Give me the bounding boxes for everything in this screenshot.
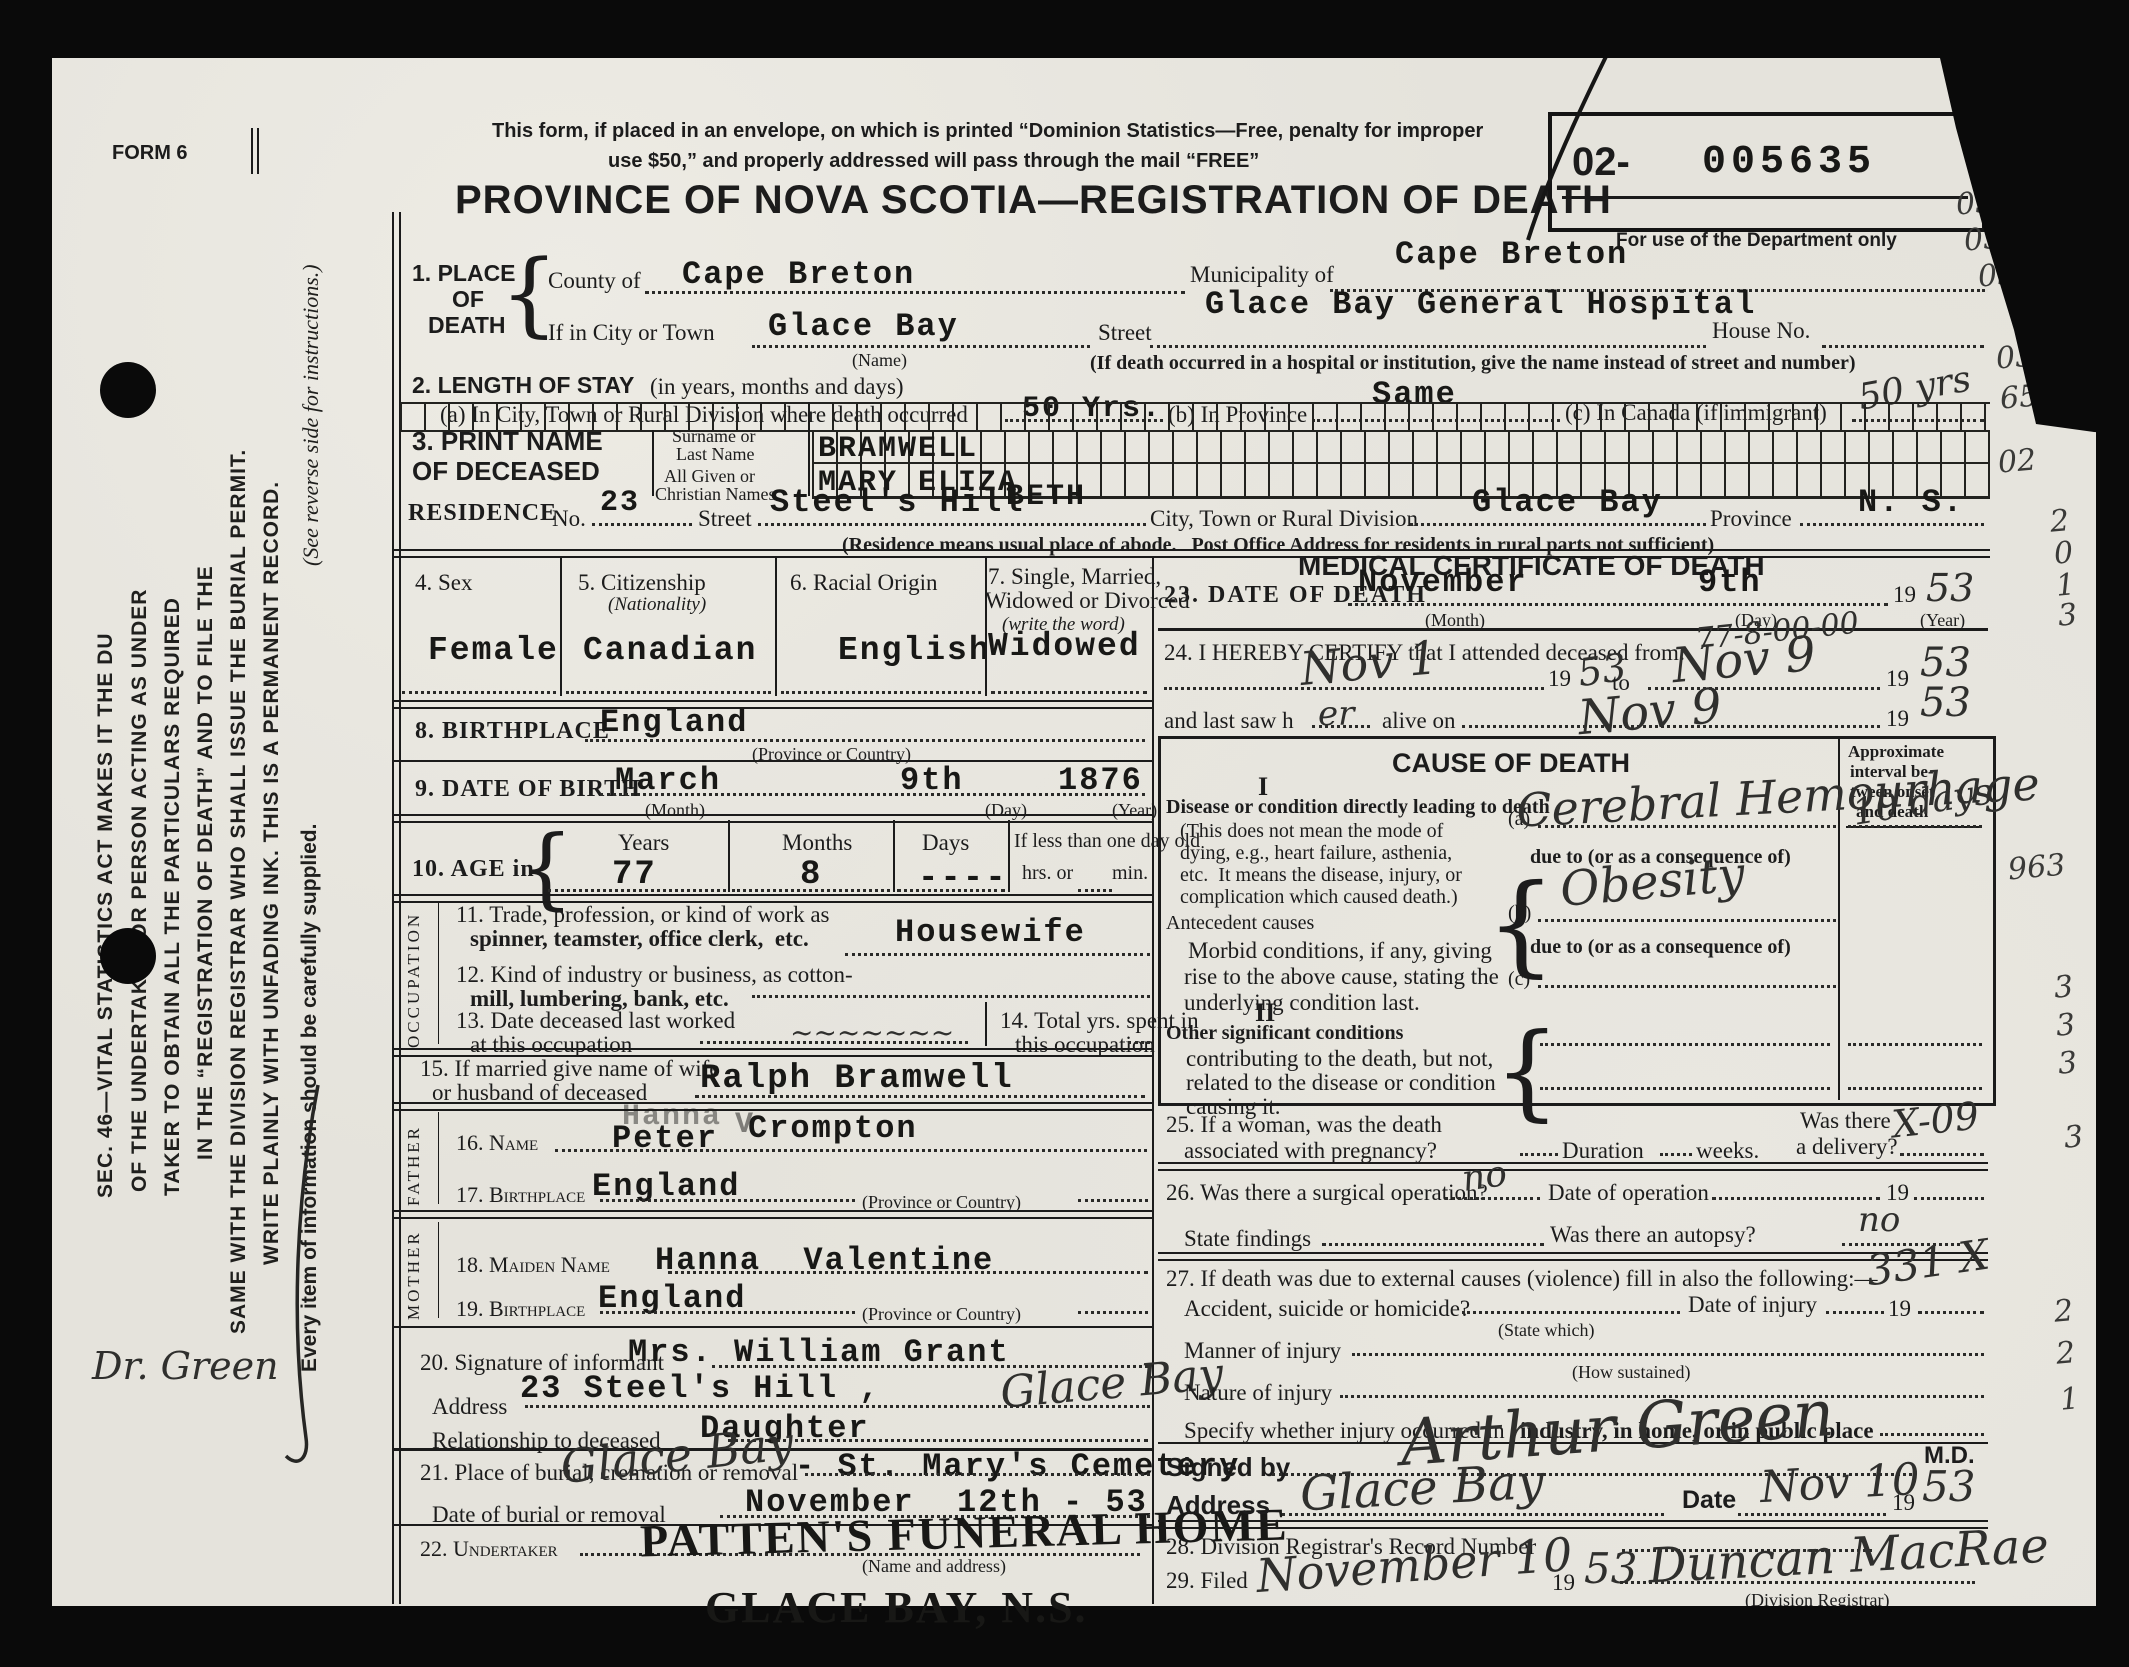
mail-note-line2: use $50,” and properly addressed will pa… <box>608 150 1259 173</box>
street-value: Glace Bay General Hospital <box>1205 286 1756 323</box>
duration-label: Duration <box>1562 1138 1644 1164</box>
surname-value: BRAMWELL <box>818 432 978 466</box>
death-year-handwritten: 53 <box>1926 566 1974 610</box>
page-title: PROVINCE OF NOVA SCOTIA—REGISTRATION OF … <box>455 178 1612 223</box>
other-conditions-label1: Other significant conditions <box>1166 1022 1403 1045</box>
from-year-printed: 19 <box>1548 666 1571 692</box>
s3-heading1: 3. PRINT NAME <box>412 426 603 457</box>
informant-address-value: 23 Steel's Hill , <box>520 1370 880 1407</box>
death-day: 9th <box>1698 564 1762 601</box>
mail-note-line1: This form, if placed in an envelope, on … <box>492 120 1483 143</box>
signed-date-label: Date <box>1682 1486 1736 1515</box>
undertaker-stamp-city: GLACE BAY, N.S. <box>705 1582 1088 1633</box>
father-vertical-label: FATHER <box>404 1110 424 1206</box>
signed-year-printed: 19 <box>1892 1490 1915 1516</box>
cause-dueto2-label: due to (or as a consequence of) <box>1530 936 1791 959</box>
mother-maiden-label: 18. Maiden Name <box>456 1252 610 1278</box>
age-years-label: Years <box>618 830 669 856</box>
cause-disease-note4: complication which caused death.) <box>1180 886 1458 909</box>
other-conditions-label2: contributing to the death, but not, <box>1186 1046 1493 1072</box>
town-label: If in City or Town <box>548 320 715 346</box>
manner-injury-label: Manner of injury <box>1184 1338 1341 1364</box>
town-value: Glace Bay <box>768 308 959 345</box>
s13-scratch: ~~~~~~~ <box>790 1016 954 1049</box>
residence-city-label: City, Town or Rural Division <box>1150 506 1418 532</box>
delivery-label1: Was there <box>1800 1108 1891 1134</box>
margin-note: 02 <box>1997 442 2038 480</box>
antecedent-label4: underlying condition last. <box>1184 990 1420 1016</box>
margin-note: 2 <box>2053 1293 2075 1330</box>
residence-street-value: Steel's Hill <box>770 484 1024 521</box>
residence-street-label: Street <box>698 506 752 532</box>
informant-address-label: Address <box>432 1394 507 1420</box>
cause-disease-note2: dying, e.g., heart failure, asthenia, <box>1180 842 1452 865</box>
cause-disease-note3: etc. It means the disease, injury, or <box>1180 864 1462 887</box>
death-year-printed: 19 <box>1893 582 1916 608</box>
marital-label1: 7. Single, Married, <box>988 564 1161 590</box>
form-number-label: FORM 6 <box>112 142 188 165</box>
stray-mark <box>251 128 253 174</box>
margin-note: 03 <box>1963 220 2004 258</box>
sidebar-line: OF THE UNDERTAKER OR PERSON ACTING AS UN… <box>128 392 152 1192</box>
age-hrs-label: hrs. or <box>1022 862 1073 885</box>
margin-note: 3 <box>2055 1007 2077 1044</box>
age-months-label: Months <box>782 830 852 856</box>
municipality-value: Cape Breton <box>1395 236 1628 273</box>
mother-vertical-label: MOTHER <box>404 1220 424 1320</box>
sidebar-line: IN THE “REGISTRATION OF DEATH” AND TO FI… <box>194 298 218 1160</box>
hole-punch-top <box>100 362 156 418</box>
autopsy-label: Was there an autopsy? <box>1550 1222 1756 1248</box>
margin-note: 1 <box>2059 1381 2081 1418</box>
house-no-label: House No. <box>1712 318 1810 344</box>
margin-note: 65 <box>1999 378 2040 416</box>
age-days-label: Days <box>922 830 969 856</box>
operation-label: 26. Was there a surgical operation? <box>1166 1180 1488 1206</box>
state-findings-label: State findings <box>1184 1226 1311 1252</box>
given-label2: Christian Names <box>655 484 775 505</box>
racial-origin-label: 6. Racial Origin <box>790 570 938 596</box>
citizenship-value: Canadian <box>583 632 757 669</box>
delivery-handwritten: X-09 <box>1890 1094 1981 1147</box>
s2-heading-note: (in years, months and days) <box>650 374 904 400</box>
scan-border-bottom-left <box>0 1606 470 1667</box>
signed-year-handwritten: 53 <box>1922 1462 1975 1511</box>
father-birthplace-label: 17. Birthplace <box>456 1182 585 1208</box>
margin-note: 963 <box>2007 848 2067 888</box>
town-name-note: (Name) <box>852 350 907 371</box>
scan-border-top <box>0 0 2129 58</box>
last-saw-label1: and last saw h <box>1164 708 1294 734</box>
physician-address-label: Address <box>1166 1490 1270 1521</box>
scan-border-bottom-right <box>1520 1606 2129 1667</box>
sidebar-line: Every item of information should be care… <box>298 592 322 1372</box>
cause-of-death-heading: CAUSE OF DEATH <box>1392 748 1630 779</box>
residence-no-value: 23 <box>600 486 640 520</box>
antecedent-label1: Antecedent causes <box>1166 912 1314 935</box>
sidebar-line: SAME WITH THE DIVISION REGISTRAR WHO SHA… <box>227 270 251 1334</box>
s2-heading: 2. LENGTH OF STAY <box>412 372 634 399</box>
father-name-label: 16. Name <box>456 1130 538 1156</box>
s1-death: DEATH <box>428 312 506 339</box>
margin-note: 3 <box>2057 1045 2079 1082</box>
mother-birthplace-note: (Province or Country) <box>862 1304 1021 1325</box>
date-of-birth-label: 9. DATE OF BIRTH <box>415 776 641 803</box>
surname-label2: Last Name <box>676 444 754 465</box>
residence-province-value: N. S. <box>1858 484 1964 521</box>
operation-handwritten: no <box>1459 1153 1509 1200</box>
marital-value: Widowed <box>988 628 1141 665</box>
cause-disease-label: Disease or condition directly leading to… <box>1166 796 1550 819</box>
undertaker-note: (Name and address) <box>862 1556 1006 1577</box>
county-label: County of <box>548 268 641 294</box>
sidebar-line: TAKER TO OBTAIN ALL THE PARTICULARS REQU… <box>161 388 185 1196</box>
sidebar-line: WRITE PLAINLY WITH UNFADING INK. THIS IS… <box>260 270 284 1265</box>
s12-label1: 12. Kind of industry or business, as cot… <box>456 962 853 988</box>
scanned-death-registration: { "glyphs":{"brace":"{"}, "header":{ "fo… <box>0 0 2129 1667</box>
cause-c-label: (c) <box>1508 968 1530 991</box>
sidebar-line: SEC. 46—VITAL STATISTICS ACT MAKES IT TH… <box>94 428 118 1198</box>
municipality-label: Municipality of <box>1190 262 1334 288</box>
date-injury-label: Date of injury <box>1688 1292 1817 1318</box>
sex-label: 4. Sex <box>415 570 473 596</box>
cause-b-label: (b) <box>1508 902 1531 925</box>
registration-number-prefix: 02- <box>1572 140 1630 185</box>
margin-note: 3 <box>2063 1119 2085 1156</box>
how-sustained-note: (How sustained) <box>1572 1362 1690 1383</box>
residence-no-label: No. <box>552 506 586 532</box>
margin-note: 2 <box>2049 503 2071 540</box>
autopsy-handwritten: no <box>1858 1200 1900 1240</box>
antecedent-label2: Morbid conditions, if any, giving <box>1188 938 1492 964</box>
other-conditions-label3: related to the disease or condition <box>1186 1070 1496 1096</box>
delivery-label2: a delivery? <box>1796 1134 1898 1160</box>
hole-punch-bottom <box>100 928 156 984</box>
pregnancy-label1: 25. If a woman, was the death <box>1166 1112 1442 1138</box>
filed-year-printed: 19 <box>1552 1570 1575 1596</box>
citizenship-sublabel: (Nationality) <box>608 594 706 616</box>
mother-birthplace-label: 19. Birthplace <box>456 1296 585 1322</box>
margin-note: 2 <box>2055 1335 2077 1372</box>
filed-label: 29. Filed <box>1166 1568 1248 1594</box>
marital-label2: Widowed or Divorced <box>985 588 1190 614</box>
s11-label2: spinner, teamster, office clerk, etc. <box>470 926 809 952</box>
sex-value: Female <box>428 632 559 669</box>
scan-border-left <box>0 0 52 1667</box>
sidebar-line: (See reverse side for instructions.) <box>298 278 324 566</box>
street-label: Street <box>1098 320 1152 346</box>
dr-green-annotation: Dr. Green <box>92 1344 279 1388</box>
filed-year-handwritten: 53 <box>1584 1544 1637 1593</box>
citizenship-label: 5. Citizenship <box>578 570 706 596</box>
margin-note: 3 <box>2057 597 2079 634</box>
external-causes-label: 27. If death was due to external causes … <box>1166 1266 1878 1292</box>
accident-label: Accident, suicide or homicide? <box>1184 1296 1470 1322</box>
scan-border-bottom-center <box>470 1644 1520 1667</box>
birthplace-value: England <box>600 704 748 741</box>
interval-header1: Approximate <box>1848 742 1944 762</box>
residence-province-label: Province <box>1710 506 1792 532</box>
father-name-value2: Crompton <box>748 1110 918 1147</box>
margin-note: 03 <box>1955 184 1996 222</box>
death-month: November <box>1358 564 1528 601</box>
last-saw-her-handwritten: er <box>1318 694 1354 734</box>
occupation-vertical-label: OCCUPATION <box>404 900 424 1048</box>
margin-note: 3 <box>2053 969 2075 1006</box>
s13-label1: 13. Date deceased last worked <box>456 1008 735 1034</box>
margin-note: 03 <box>1995 338 2036 376</box>
signed-by-label: Signed by <box>1166 1452 1290 1483</box>
nature-injury-label: Nature of injury <box>1184 1380 1332 1406</box>
operation-date-label: Date of operation <box>1548 1180 1709 1206</box>
age-days-value: ---- <box>918 860 1008 898</box>
s3-heading2: OF DECEASED <box>412 456 600 487</box>
s11-value: Housewife <box>895 914 1086 951</box>
cause-disease-note1: (This does not mean the mode of <box>1180 820 1443 843</box>
box-caption: For use of the Department only <box>1616 230 1897 252</box>
weeks-label: weeks. <box>1696 1138 1759 1164</box>
birthplace-label: 8. BIRTHPLACE <box>415 718 610 745</box>
age-label: 10. AGE in <box>412 856 535 883</box>
last-saw-label2: alive on <box>1382 708 1455 734</box>
pregnancy-label2: associated with pregnancy? <box>1184 1138 1437 1164</box>
age-min-label: min. <box>1112 862 1148 885</box>
scan-border-right <box>2096 0 2129 1667</box>
cause-brace2: { <box>1494 1010 1560 1132</box>
registration-number: 005635 <box>1702 140 1876 185</box>
s1-of: OF <box>452 286 484 313</box>
s1-hospital-note: (If death occurred in a hospital or inst… <box>1090 352 1856 375</box>
racial-origin-value: English <box>838 632 991 669</box>
saw-year-handwritten: 53 <box>1920 680 1971 726</box>
s15-value: Ralph Bramwell <box>700 1060 1014 1098</box>
county-value: Cape Breton <box>682 256 915 293</box>
undertaker-label: 22. Undertaker <box>420 1536 558 1562</box>
s15-label1: 15. If married give name of wife <box>420 1056 720 1082</box>
margin-note: 0 <box>2053 535 2075 572</box>
margin-note: 05 <box>1977 256 2018 294</box>
residence-label: RESIDENCE <box>408 500 557 527</box>
s11-label1: 11. Trade, profession, or kind of work a… <box>456 902 830 928</box>
saw-year-printed: 19 <box>1886 706 1909 732</box>
state-which-note: (State which) <box>1498 1320 1594 1341</box>
to-year-printed: 19 <box>1886 666 1909 692</box>
antecedent-label3: rise to the above cause, stating the <box>1184 964 1499 990</box>
injury-year-printed: 19 <box>1888 1296 1911 1322</box>
residence-city-value: Glace Bay <box>1472 484 1663 521</box>
